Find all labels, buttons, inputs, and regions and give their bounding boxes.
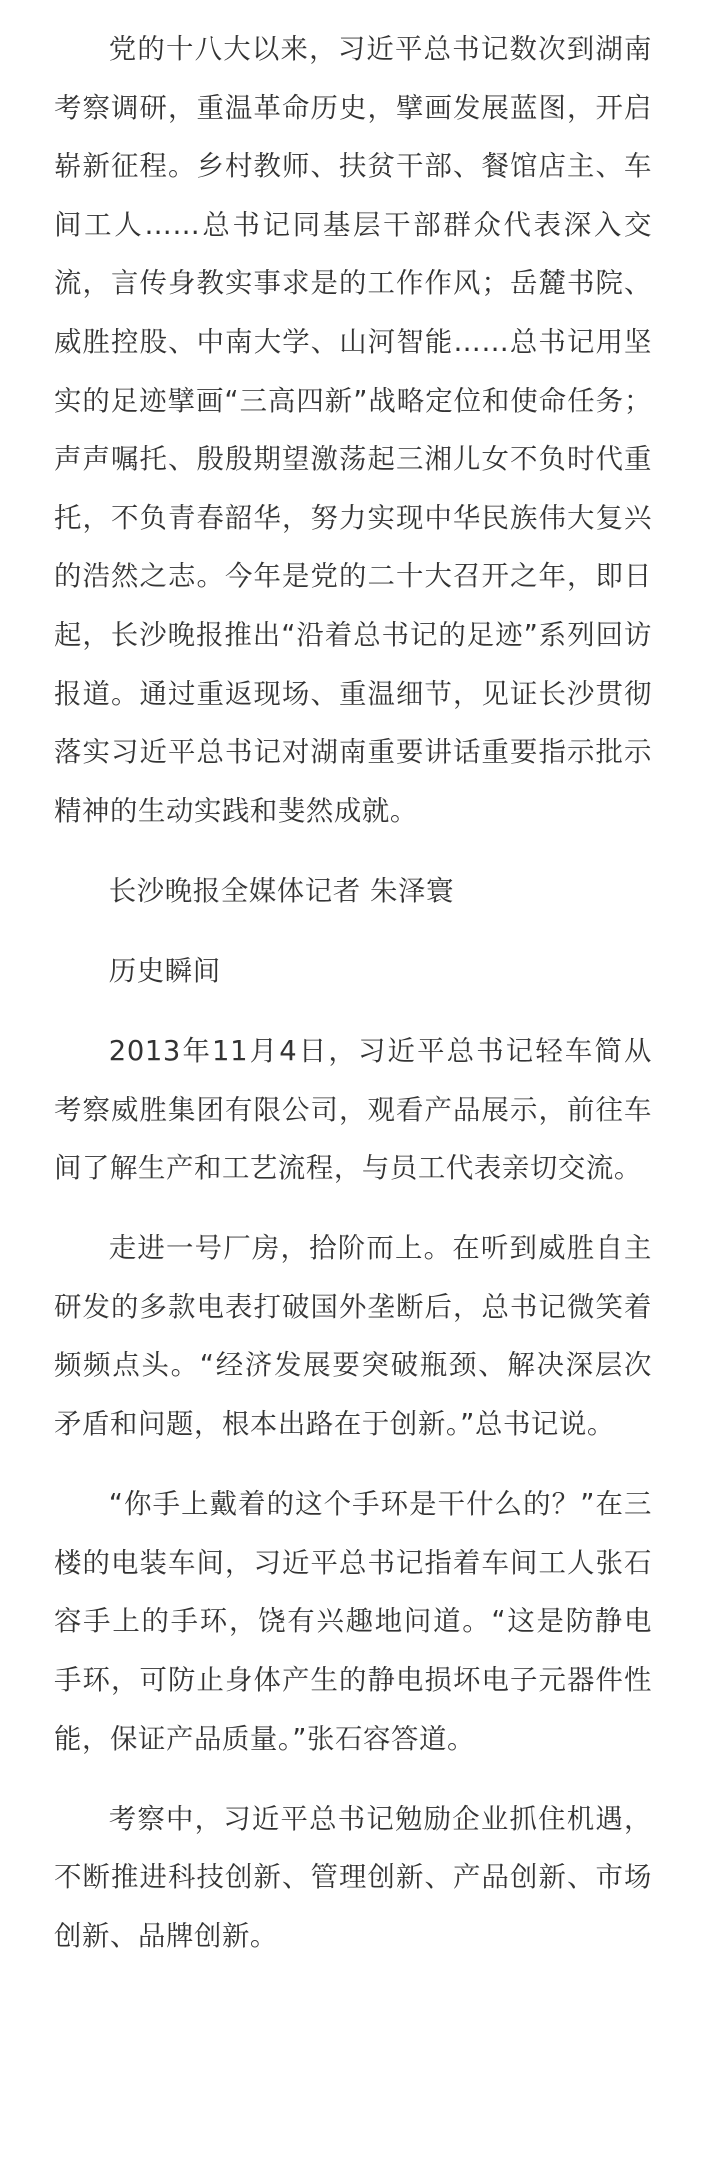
byline: 长沙晚报全媒体记者 朱泽寰 [54,863,652,922]
body-paragraph: 走进一号厂房，拾阶而上。在听到威胜自主研发的多款电表打破国外垄断后，总书记微笑着… [54,1220,652,1454]
section-subhead: 历史瞬间 [54,943,652,1002]
body-paragraph: 考察中，习近平总书记勉励企业抓住机遇，不断推进科技创新、管理创新、产品创新、市场… [54,1791,652,1967]
body-paragraph: 2013年11月4日，习近平总书记轻车简从考察威胜集团有限公司，观看产品展示，前… [54,1023,652,1199]
article-body: 党的十八大以来，习近平总书记数次到湖南考察调研，重温革命历史，擘画发展蓝图，开启… [54,21,652,1988]
body-paragraph: “你手上戴着的这个手环是干什么的？”在三楼的电装车间，习近平总书记指着车间工人张… [54,1476,652,1769]
intro-paragraph: 党的十八大以来，习近平总书记数次到湖南考察调研，重温革命历史，擘画发展蓝图，开启… [54,21,652,841]
